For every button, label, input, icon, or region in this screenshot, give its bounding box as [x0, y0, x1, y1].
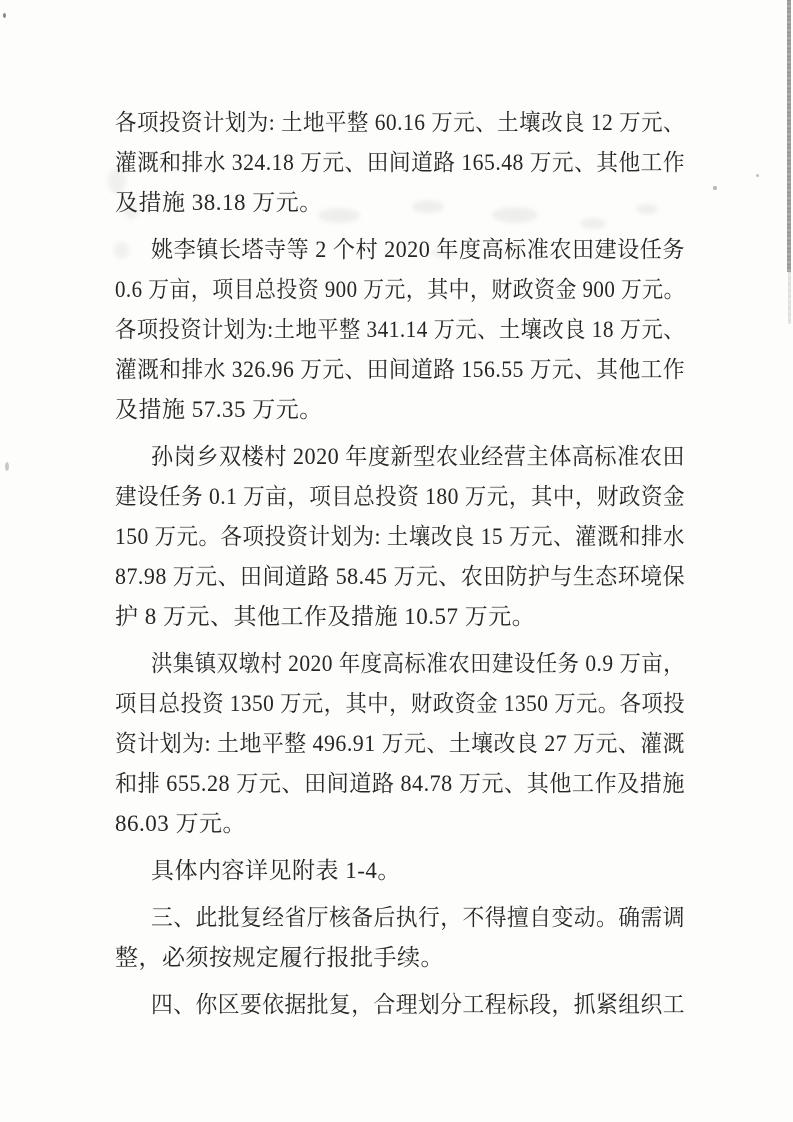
text-line: 87.98 万元、田间道路 58.45 万元、农田防护与生态环境保 [115, 557, 685, 597]
text-line: 孙岗乡双楼村 2020 年度新型农业经营主体高标准农田 [115, 437, 685, 477]
text-line: 洪集镇双墩村 2020 年度高标准农田建设任务 0.9 万亩， [115, 644, 685, 684]
document-body: 各项投资计划为: 土地平整 60.16 万元、土壤改良 12 万元、 灌溉和排水… [115, 103, 685, 1032]
paragraph-see-appendix: 具体内容详见附表 1-4。 [115, 851, 685, 891]
text-line: 三、此批复经省厅核备后执行，不得擅自变动。确需调 [115, 898, 685, 938]
paragraph-yaoli-town: 姚李镇长塔寺等 2 个村 2020 年度高标准农田建设任务 0.6 万亩，项目总… [115, 230, 685, 430]
text-line: 0.6 万亩，项目总投资 900 万元，其中，财政资金 900 万元。 [115, 270, 685, 310]
text-line: 项目总投资 1350 万元，其中，财政资金 1350 万元。各项投 [115, 684, 685, 724]
text-line: 资计划为: 土地平整 496.91 万元、土壤改良 27 万元、灌溉 [115, 724, 685, 764]
text-line: 整，必须按规定履行报批手续。 [115, 938, 685, 978]
document-page: 各项投资计划为: 土地平整 60.16 万元、土壤改良 12 万元、 灌溉和排水… [0, 0, 793, 1122]
scan-edge-shadow [787, 0, 791, 272]
paragraph-item-three: 三、此批复经省厅核备后执行，不得擅自变动。确需调 整，必须按规定履行报批手续。 [115, 898, 685, 978]
text-line: 86.03 万元。 [115, 804, 685, 844]
text-line: 四、你区要依据批复，合理划分工程标段，抓紧组织工 [115, 985, 685, 1025]
scan-speck [756, 174, 759, 177]
text-line: 和排 655.28 万元、田间道路 84.78 万元、其他工作及措施 [115, 764, 685, 804]
scan-edge-shadow-fade [788, 272, 791, 324]
paragraph-investment-plan-1: 各项投资计划为: 土地平整 60.16 万元、土壤改良 12 万元、 灌溉和排水… [115, 103, 685, 223]
scan-speck [713, 186, 717, 190]
text-line: 各项投资计划为: 土地平整 60.16 万元、土壤改良 12 万元、 [115, 103, 685, 143]
text-line: 建设任务 0.1 万亩，项目总投资 180 万元，其中，财政资金 [115, 477, 685, 517]
paragraph-item-four: 四、你区要依据批复，合理划分工程标段，抓紧组织工 [115, 985, 685, 1025]
text-line: 灌溉和排水 324.18 万元、田间道路 165.48 万元、其他工作 [115, 143, 685, 183]
text-line: 150 万元。各项投资计划为: 土壤改良 15 万元、灌溉和排水 [115, 517, 685, 557]
scan-speck [5, 462, 9, 471]
text-line: 各项投资计划为:土地平整 341.14 万元、土壤改良 18 万元、 [115, 310, 685, 350]
text-line: 具体内容详见附表 1-4。 [115, 851, 685, 891]
text-line: 姚李镇长塔寺等 2 个村 2020 年度高标准农田建设任务 [115, 230, 685, 270]
text-line: 及措施 38.18 万元。 [115, 183, 685, 223]
paragraph-sungang-village: 孙岗乡双楼村 2020 年度新型农业经营主体高标准农田 建设任务 0.1 万亩，… [115, 437, 685, 637]
text-line: 护 8 万元、其他工作及措施 10.57 万元。 [115, 597, 685, 637]
scan-speck [3, 13, 6, 18]
text-line: 灌溉和排水 326.96 万元、田间道路 156.55 万元、其他工作 [115, 350, 685, 390]
text-line: 及措施 57.35 万元。 [115, 390, 685, 430]
paragraph-hongji-town: 洪集镇双墩村 2020 年度高标准农田建设任务 0.9 万亩， 项目总投资 13… [115, 644, 685, 844]
